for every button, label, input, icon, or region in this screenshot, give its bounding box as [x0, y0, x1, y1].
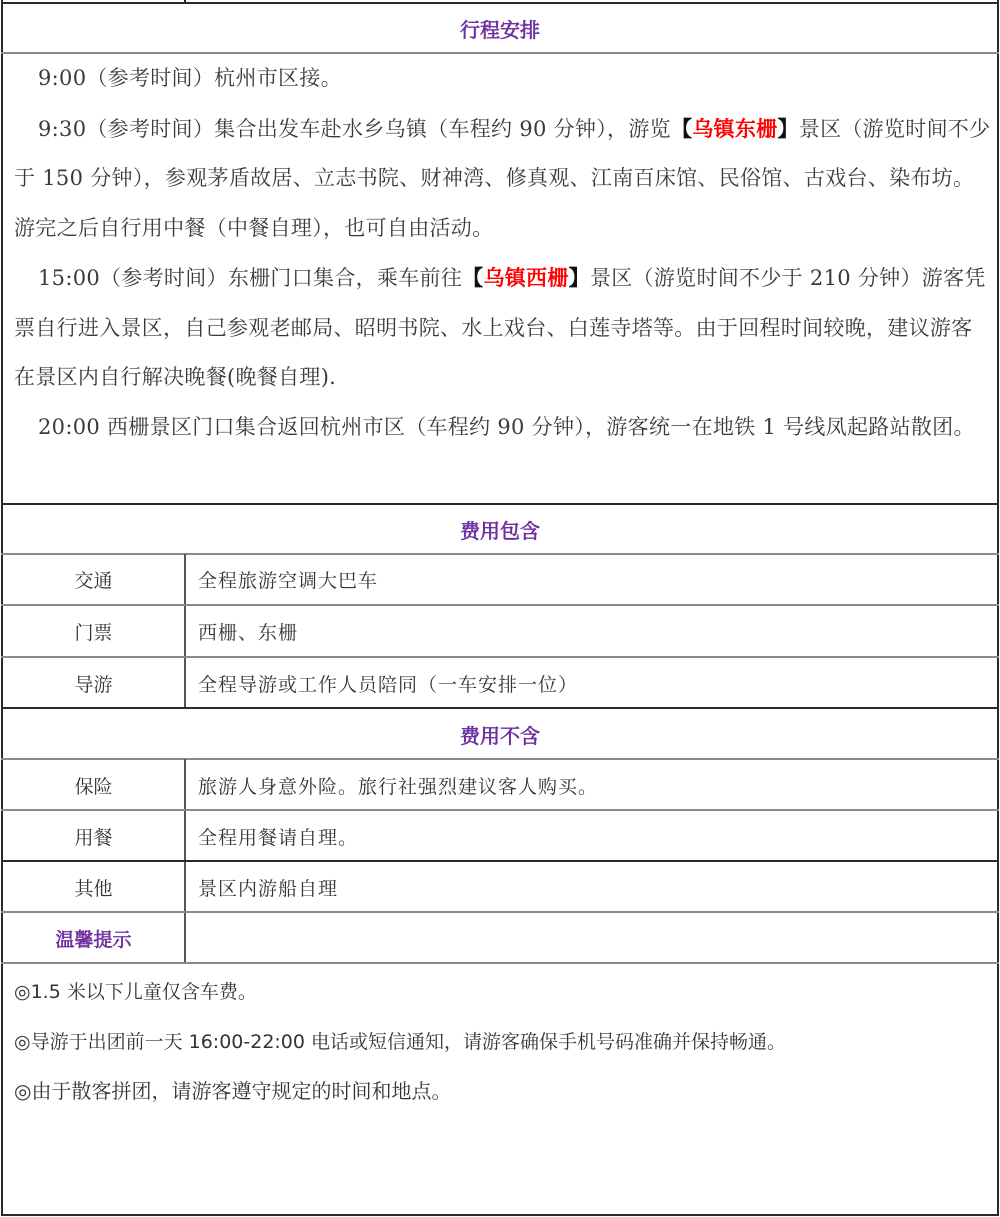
- tip-item-guide-notice: ◎导游于出团前一天 16:00-22:00 电话或短信通知，请游客确保手机号码准…: [14, 1027, 989, 1054]
- attraction-highlight-dongzha: 乌镇东栅: [692, 116, 777, 141]
- tip-item-schedule: ◎由于散客拼团，请游客遵守规定的时间和地点。: [14, 1075, 989, 1104]
- fee-label-tickets: 门票: [3, 618, 184, 645]
- fee-value-tickets: 西栅、东栅: [198, 618, 988, 645]
- fees-excluded-title: 费用不含: [3, 720, 997, 749]
- itinerary-paragraph-2000: 20:00 西栅景区门口集合返回杭州市区（车程约 90 分钟），游客统一在地铁 …: [14, 403, 992, 453]
- table-border-top: [1, 2, 999, 4]
- itinerary-title: 行程安排: [3, 14, 997, 43]
- fee-value-guide: 全程导游或工作人员陪同（一车安排一位）: [198, 670, 988, 697]
- row-divider: [1, 604, 999, 606]
- row-divider: [1, 656, 999, 658]
- itinerary-paragraph-0900: 9:00（参考时间）杭州市区接。: [14, 54, 992, 104]
- itinerary-paragraph-0930: 9:30（参考时间）集合出发车赴水乡乌镇（车程约 90 分钟），游览【乌镇东栅】…: [14, 104, 992, 254]
- row-divider: [1, 860, 999, 862]
- fee-label-transport: 交通: [3, 566, 184, 593]
- fee-value-other: 景区内游船自理: [198, 874, 988, 901]
- row-divider: [1, 809, 999, 811]
- attraction-highlight-xizha: 乌镇西栅: [483, 265, 568, 290]
- row-divider: [1, 758, 999, 760]
- tip-item-children: ◎1.5 米以下儿童仅含车费。: [14, 977, 989, 1004]
- fee-value-insurance: 旅游人身意外险。旅行社强烈建议客人购买。: [198, 772, 988, 799]
- tips-title: 温馨提示: [3, 925, 184, 952]
- row-divider: [1, 962, 999, 964]
- itinerary-body: 9:00（参考时间）杭州市区接。 9:30（参考时间）集合出发车赴水乡乌镇（车程…: [14, 54, 992, 452]
- fee-value-meals: 全程用餐请自理。: [198, 823, 988, 850]
- fee-label-guide: 导游: [3, 670, 184, 697]
- fee-label-other: 其他: [3, 874, 184, 901]
- itinerary-paragraph-1500: 15:00（参考时间）东栅门口集合，乘车前往【乌镇西栅】景区（游览时间不少于 2…: [14, 253, 992, 403]
- fee-label-insurance: 保险: [3, 772, 184, 799]
- row-divider: [1, 707, 999, 709]
- fees-included-column-divider: [184, 554, 186, 708]
- fee-label-meals: 用餐: [3, 823, 184, 850]
- row-divider: [1, 553, 999, 555]
- fee-value-transport: 全程旅游空调大巴车: [198, 566, 988, 593]
- fees-included-title: 费用包含: [3, 515, 997, 544]
- row-divider: [1, 911, 999, 913]
- fees-included-divider-top: [1, 503, 999, 505]
